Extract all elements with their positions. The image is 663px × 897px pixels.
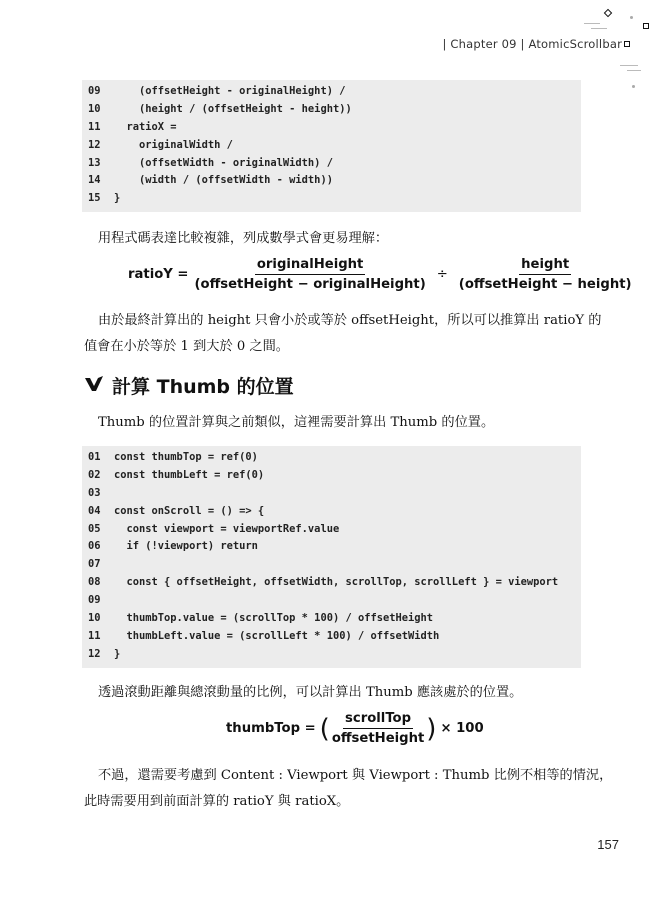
close-paren: ) [426, 716, 436, 742]
paragraph: 用程式碼表達比較複雜，列成數學式會更易理解： [84, 226, 388, 252]
line-number: 04 [82, 503, 114, 521]
fraction-numerator: scrollTop [343, 711, 413, 729]
fraction: scrollTop offsetHeight [330, 711, 426, 746]
line-number: 14 [82, 172, 114, 190]
page-number: 157 [597, 837, 619, 852]
line-number: 15 [82, 190, 114, 208]
code-line: 04const onScroll = () => { [82, 503, 581, 521]
code-text: thumbTop.value = (scrollTop * 100) / off… [114, 610, 433, 628]
line-number: 05 [82, 521, 114, 539]
line-number: 12 [82, 137, 114, 155]
fraction-denominator: offsetHeight [330, 729, 426, 746]
paragraph-line: 不過，還需要考慮到 Content : Viewport 與 Viewport … [84, 763, 612, 789]
formula-lhs: thumbTop = [226, 721, 316, 736]
fraction: height (offsetHeight − height) [457, 257, 634, 292]
fraction-denominator: (offsetHeight − originalHeight) [192, 275, 427, 292]
code-text: const onScroll = () => { [114, 503, 264, 521]
decorative-square-icon [643, 23, 649, 29]
code-line: 05 const viewport = viewportRef.value [82, 521, 581, 539]
chevron-v-icon [84, 375, 104, 397]
code-block-1: 09 (offsetHeight - originalHeight) / 10 … [82, 80, 581, 212]
line-number: 06 [82, 538, 114, 556]
fraction-numerator: originalHeight [255, 257, 366, 275]
code-text: } [114, 646, 120, 664]
code-line: 11 thumbLeft.value = (scrollLeft * 100) … [82, 628, 581, 646]
decorative-dot-icon [632, 85, 635, 88]
code-line: 13 (offsetWidth - originalWidth) / [82, 155, 581, 173]
code-text: } [114, 190, 120, 208]
fraction-denominator: (offsetHeight − height) [457, 275, 634, 292]
line-number: 08 [82, 574, 114, 592]
paragraph: Thumb 的位置計算與之前類似，這裡需要計算出 Thumb 的位置。 [84, 410, 494, 436]
line-number: 09 [82, 592, 114, 610]
code-text: thumbLeft.value = (scrollLeft * 100) / o… [114, 628, 439, 646]
code-block-2: 01const thumbTop = ref(0) 02const thumbL… [82, 446, 581, 668]
code-line: 06 if (!viewport) return [82, 538, 581, 556]
code-text: if (!viewport) return [114, 538, 258, 556]
code-text: (offsetHeight - originalHeight) / [114, 83, 345, 101]
formula-rhs: × 100 [440, 721, 483, 736]
paragraph-line: 由於最終計算出的 height 只會小於或等於 offsetHeight，所以可… [84, 308, 601, 334]
chapter-header: | Chapter 09 | AtomicScrollbar [442, 37, 622, 51]
line-number: 03 [82, 485, 114, 503]
line-number: 07 [82, 556, 114, 574]
line-number: 13 [82, 155, 114, 173]
line-number: 10 [82, 610, 114, 628]
code-line: 10 thumbTop.value = (scrollTop * 100) / … [82, 610, 581, 628]
code-line: 10 (height / (offsetHeight - height)) [82, 101, 581, 119]
code-line: 09 [82, 592, 581, 610]
line-number: 09 [82, 83, 114, 101]
code-line: 07 [82, 556, 581, 574]
formula-lhs: ratioY = [128, 267, 188, 282]
line-number: 10 [82, 101, 114, 119]
code-line: 01const thumbTop = ref(0) [82, 449, 581, 467]
paragraph-line: 值會在小於等於 1 到大於 0 之間。 [84, 334, 289, 360]
code-line: 03 [82, 485, 581, 503]
open-paren: ( [320, 716, 330, 742]
section-title: 計算 Thumb 的位置 [112, 372, 294, 399]
code-text: (width / (offsetWidth - width)) [114, 172, 333, 190]
code-text: originalWidth / [114, 137, 233, 155]
divide-operator: ÷ [437, 267, 448, 282]
code-line: 15} [82, 190, 581, 208]
code-line: 11 ratioX = [82, 119, 581, 137]
decorative-line [591, 28, 607, 29]
decorative-line [620, 65, 638, 66]
paragraph: 透過滾動距離與總滾動量的比例，可以計算出 Thumb 應該處於的位置。 [84, 680, 522, 706]
line-number: 02 [82, 467, 114, 485]
decorative-dot-icon [630, 16, 633, 19]
fraction: originalHeight (offsetHeight − originalH… [192, 257, 427, 292]
decorative-square-icon [624, 41, 630, 47]
ratio-y-formula: ratioY = originalHeight (offsetHeight − … [128, 257, 638, 292]
code-text: ratioX = [114, 119, 177, 137]
line-number: 01 [82, 449, 114, 467]
code-line: 12} [82, 646, 581, 664]
decorative-line [584, 23, 600, 24]
code-line: 12 originalWidth / [82, 137, 581, 155]
line-number: 11 [82, 119, 114, 137]
code-line: 02const thumbLeft = ref(0) [82, 467, 581, 485]
decorative-line [627, 70, 641, 71]
code-text: (height / (offsetHeight - height)) [114, 101, 352, 119]
section-heading: 計算 Thumb 的位置 [84, 372, 294, 399]
code-line: 14 (width / (offsetWidth - width)) [82, 172, 581, 190]
code-text: const thumbTop = ref(0) [114, 449, 258, 467]
thumb-top-formula: thumbTop = ( scrollTop offsetHeight ) × … [226, 711, 484, 746]
code-text: const { offsetHeight, offsetWidth, scrol… [114, 574, 558, 592]
code-text: const viewport = viewportRef.value [114, 521, 339, 539]
line-number: 11 [82, 628, 114, 646]
code-line: 09 (offsetHeight - originalHeight) / [82, 83, 581, 101]
code-line: 08 const { offsetHeight, offsetWidth, sc… [82, 574, 581, 592]
code-text: const thumbLeft = ref(0) [114, 467, 264, 485]
line-number: 12 [82, 646, 114, 664]
code-text: (offsetWidth - originalWidth) / [114, 155, 333, 173]
decorative-diamond-icon [604, 9, 612, 17]
fraction-numerator: height [519, 257, 571, 275]
paragraph-line: 此時需要用到前面計算的 ratioY 與 ratioX。 [84, 789, 349, 815]
